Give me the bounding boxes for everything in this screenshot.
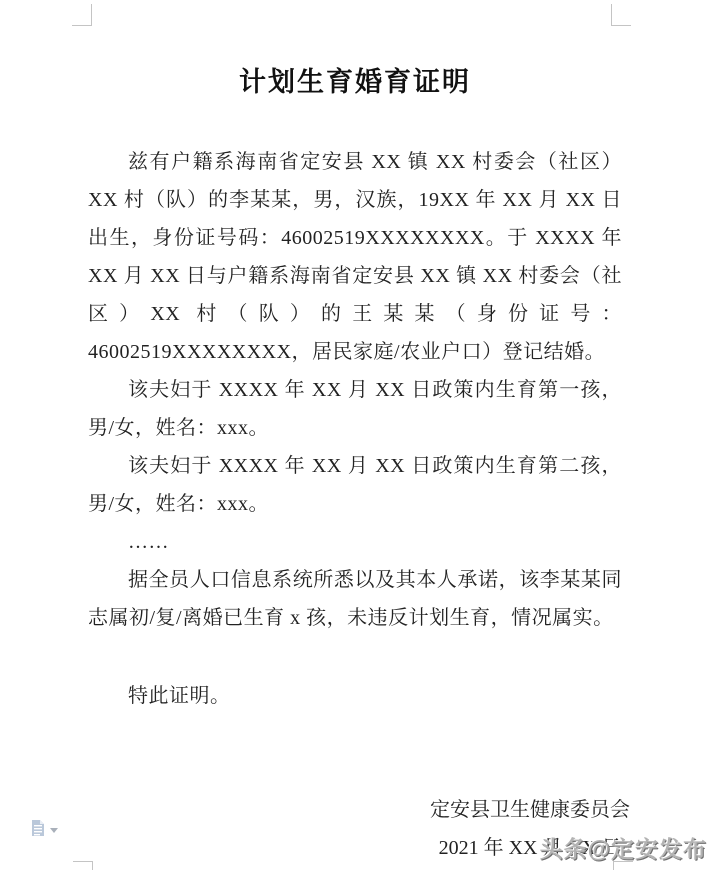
- paragraph-ellipsis: ……: [88, 523, 622, 561]
- paragraph-closing: 特此证明。: [88, 677, 622, 715]
- document-icon: [31, 820, 45, 837]
- chevron-down-icon: [50, 828, 58, 833]
- document-page: 计划生育婚育证明 兹有户籍系海南省定安县 XX 镇 XX 村委会（社区）XX 村…: [0, 0, 710, 870]
- margin-crop-mark-top-right: [611, 4, 631, 26]
- paragraph-second-child: 该夫妇于 XXXX 年 XX 月 XX 日政策内生育第二孩，男/女，姓名：xxx…: [88, 447, 622, 523]
- paste-options-button[interactable]: [31, 820, 58, 837]
- watermark-text: 头条@定安发布: [540, 831, 707, 864]
- paragraph-declaration: 据全员人口信息系统所悉以及其本人承诺，该李某某同志属初/复/离婚已生育 x 孩，…: [88, 561, 622, 637]
- paragraph-first-child: 该夫妇于 XXXX 年 XX 月 XX 日政策内生育第一孩，男/女，姓名：xxx…: [88, 371, 622, 447]
- document-body: 兹有户籍系海南省定安县 XX 镇 XX 村委会（社区）XX 村（队）的李某某，男…: [88, 143, 622, 715]
- margin-crop-mark-top-left: [72, 4, 92, 26]
- paragraph-household-registration: 兹有户籍系海南省定安县 XX 镇 XX 村委会（社区）XX 村（队）的李某某，男…: [88, 143, 622, 371]
- margin-crop-mark-bottom-left: [73, 861, 93, 870]
- document-title: 计划生育婚育证明: [0, 0, 710, 99]
- issuing-authority: 定安县卫生健康委员会: [380, 791, 680, 829]
